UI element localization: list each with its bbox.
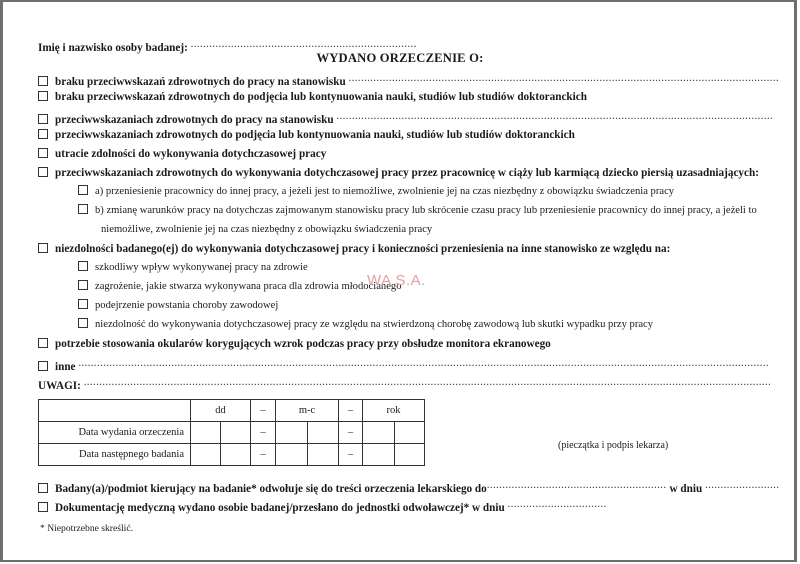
separator-header: – xyxy=(339,400,363,422)
checkbox[interactable] xyxy=(38,243,48,253)
year-digit-2[interactable] xyxy=(395,444,425,466)
item-other: inne xyxy=(38,356,768,374)
issue-date-row: Data wydania orzeczenia – – xyxy=(39,422,425,444)
checkbox[interactable] xyxy=(38,338,48,348)
other-field[interactable] xyxy=(78,356,768,370)
checkbox[interactable] xyxy=(38,167,48,177)
day-digit-2[interactable] xyxy=(221,422,251,444)
issue-date-label: Data wydania orzeczenia xyxy=(39,422,191,444)
checkbox[interactable] xyxy=(38,114,48,124)
dates-header-row: dd – m-c – rok xyxy=(39,400,425,422)
item-glasses: potrzebie stosowania okularów korygujący… xyxy=(38,337,551,351)
checkbox[interactable] xyxy=(38,76,48,86)
item-contraindications-work: przeciwwskazaniach zdrowotnych do pracy … xyxy=(38,109,773,127)
workplace-field[interactable] xyxy=(349,71,779,85)
month-digit-2[interactable] xyxy=(308,422,339,444)
item-loss-of-capacity: utracie zdolności do wykonywania dotychc… xyxy=(38,147,326,161)
pregnancy-subitem-b: b) zmianę warunków pracy na dotychczas z… xyxy=(78,204,757,218)
appeal-date-field[interactable] xyxy=(705,478,779,492)
workplace-field[interactable] xyxy=(336,109,773,123)
footnote: * Niepotrzebne skreślić. xyxy=(40,523,133,534)
date-separator: – xyxy=(339,422,363,444)
incapacity-subitem: szkodliwy wpływ wykonywanej pracy na zdr… xyxy=(78,261,308,275)
checkbox[interactable] xyxy=(38,148,48,158)
separator-header: – xyxy=(251,400,276,422)
checkbox[interactable] xyxy=(38,502,48,512)
checkbox[interactable] xyxy=(38,361,48,371)
checkbox[interactable] xyxy=(38,129,48,139)
empty-header-cell xyxy=(39,400,191,422)
checkbox[interactable] xyxy=(78,318,88,328)
day-header: dd xyxy=(191,400,251,422)
year-digit-1[interactable] xyxy=(363,444,395,466)
checkbox[interactable] xyxy=(78,280,88,290)
checkbox[interactable] xyxy=(38,483,48,493)
appeal-row: Badany(a)/podmiot kierujący na badanie* … xyxy=(38,478,779,496)
appeal-target-field[interactable] xyxy=(487,478,667,492)
date-separator: – xyxy=(339,444,363,466)
incapacity-subitem: niezdolność do wykonywania dotychczasowe… xyxy=(78,318,653,332)
year-header: rok xyxy=(363,400,425,422)
pregnancy-subitem-a: a) przeniesienie pracownicy do innej pra… xyxy=(78,185,674,199)
month-digit-1[interactable] xyxy=(276,422,308,444)
doctor-stamp-label: (pieczątka i podpis lekarza) xyxy=(558,440,668,451)
remarks-field[interactable] xyxy=(84,375,770,389)
patient-name-field[interactable] xyxy=(191,37,417,51)
checkbox[interactable] xyxy=(78,299,88,309)
month-header: m-c xyxy=(276,400,339,422)
remarks-row: UWAGI: xyxy=(38,375,770,393)
watermark: WA S.A. xyxy=(367,272,426,289)
incapacity-subitem: podejrzenie powstania choroby zawodowej xyxy=(78,299,278,313)
item-incapacity: niezdolności badanego(ej) do wykonywania… xyxy=(38,242,670,256)
year-digit-2[interactable] xyxy=(395,422,425,444)
pregnancy-subitem-b-continuation: niemożliwe, zwolnienie jej na czas niezb… xyxy=(101,223,432,237)
day-digit-1[interactable] xyxy=(191,444,221,466)
date-separator: – xyxy=(251,422,276,444)
form-title: WYDANO ORZECZENIE O: xyxy=(0,51,800,66)
day-digit-2[interactable] xyxy=(221,444,251,466)
documentation-row: Dokumentację medyczną wydano osobie bada… xyxy=(38,497,606,515)
appeal-date-label: w dniu xyxy=(670,483,703,495)
item-pregnancy: przeciwwskazaniach zdrowotnych do wykony… xyxy=(38,166,759,180)
item-no-contraindications-study: braku przeciwwskazań zdrowotnych do podj… xyxy=(38,90,587,104)
item-contraindications-study: przeciwwskazaniach zdrowotnych do podjęc… xyxy=(38,128,575,142)
checkbox[interactable] xyxy=(78,261,88,271)
next-exam-date-label: Data następnego badania xyxy=(39,444,191,466)
month-digit-2[interactable] xyxy=(308,444,339,466)
checkbox[interactable] xyxy=(38,91,48,101)
item-no-contraindications-work: braku przeciwwskazań zdrowotnych do prac… xyxy=(38,71,779,89)
incapacity-subitem: zagrożenie, jakie stwarza wykonywana pra… xyxy=(78,280,402,294)
day-digit-1[interactable] xyxy=(191,422,221,444)
month-digit-1[interactable] xyxy=(276,444,308,466)
checkbox[interactable] xyxy=(78,185,88,195)
next-exam-date-row: Data następnego badania – – xyxy=(39,444,425,466)
year-digit-1[interactable] xyxy=(363,422,395,444)
documentation-date-field[interactable] xyxy=(508,497,606,511)
dates-table: dd – m-c – rok Data wydania orzeczenia –… xyxy=(38,399,425,466)
remarks-label: UWAGI: xyxy=(38,380,81,392)
date-separator: – xyxy=(251,444,276,466)
checkbox[interactable] xyxy=(78,204,88,214)
